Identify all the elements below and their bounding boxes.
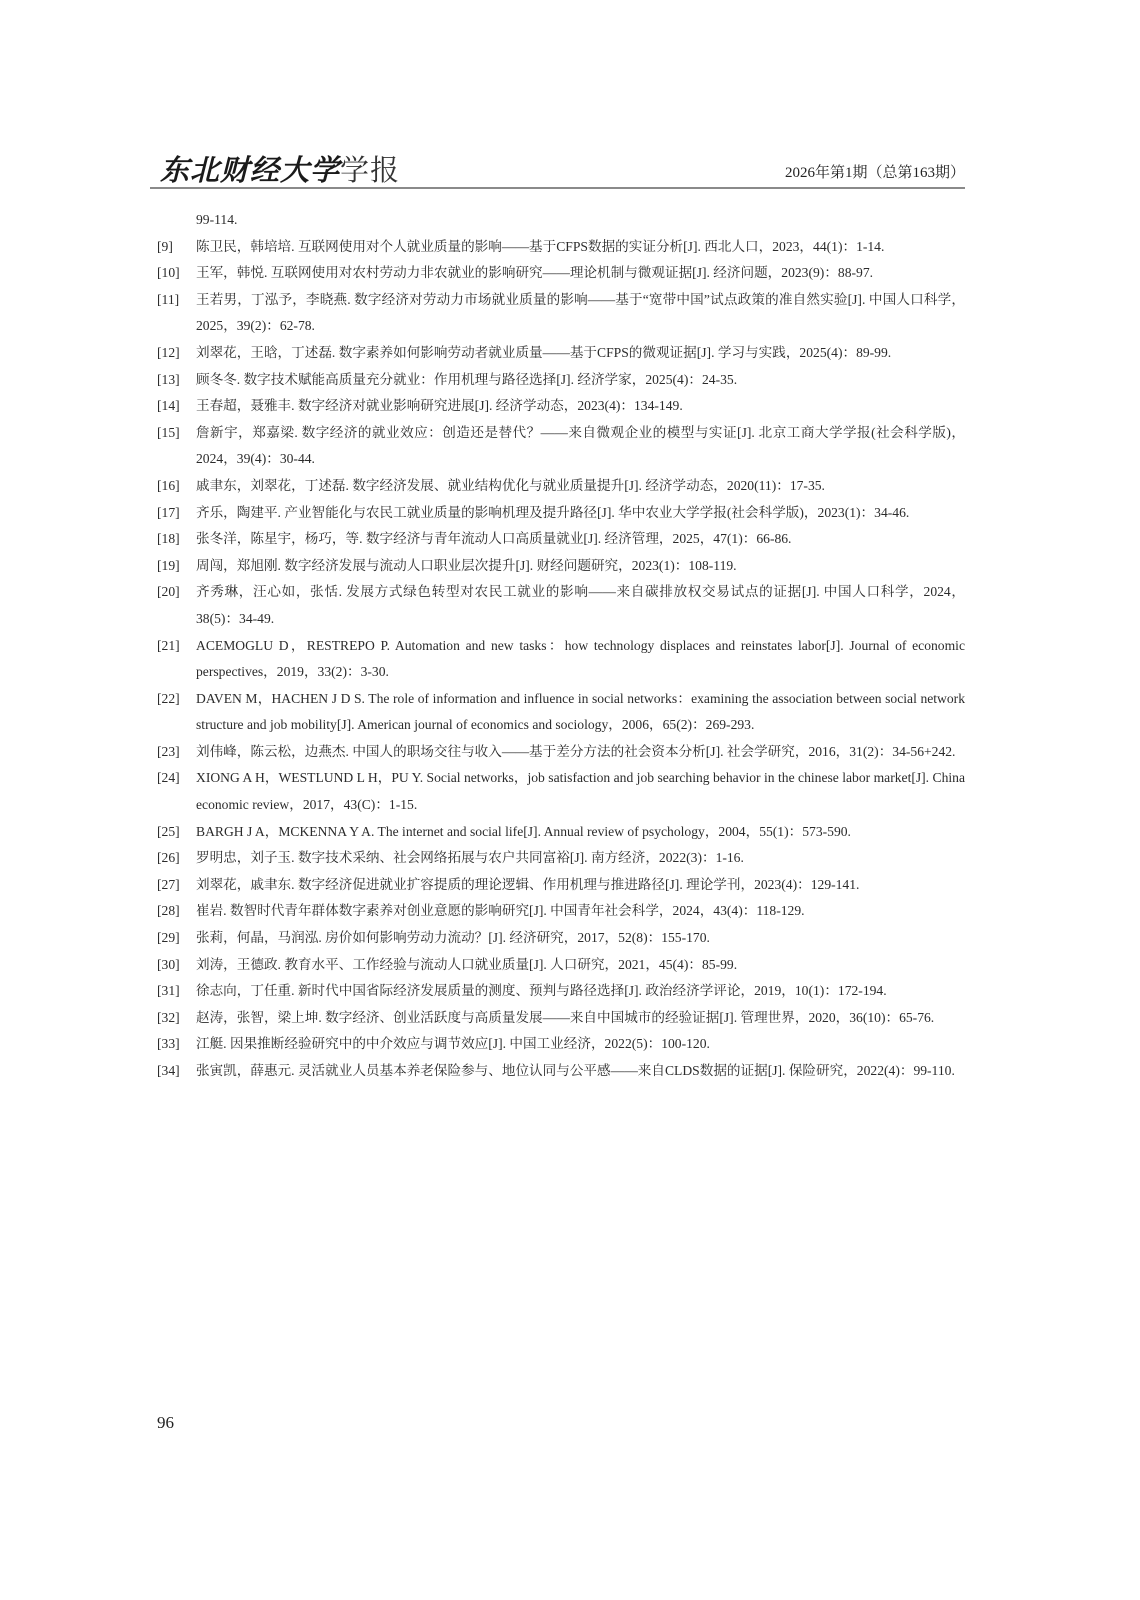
reference-item: [26]罗明忠，刘子玉. 数字技术采纳、社会网络拓展与农户共同富裕[J]. 南方… (157, 845, 965, 872)
reference-number: [34] (157, 1058, 180, 1085)
reference-number: [20] (157, 579, 180, 606)
reference-number: [33] (157, 1031, 180, 1058)
reference-number: [10] (157, 260, 180, 287)
reference-text: 齐乐，陶建平. 产业智能化与农民工就业质量的影响机理及提升路径[J]. 华中农业… (196, 505, 909, 520)
reference-number: [21] (157, 633, 180, 660)
reference-text: XIONG A H，WESTLUND L H，PU Y. Social netw… (196, 770, 965, 812)
reference-entries: [9]陈卫民，韩培培. 互联网使用对个人就业质量的影响——基于CFPS数据的实证… (157, 234, 965, 1085)
reference-text: 崔岩. 数智时代青年群体数字素养对创业意愿的影响研究[J]. 中国青年社会科学，… (196, 903, 805, 918)
reference-text: 詹新宇，郑嘉梁. 数字经济的就业效应：创造还是替代？——来自微观企业的模型与实证… (196, 425, 965, 467)
reference-number: [25] (157, 819, 180, 846)
reference-number: [15] (157, 420, 180, 447)
journal-title-calligraphy: 东北财经大学 (160, 153, 340, 187)
reference-item: [19]周闯，郑旭刚. 数字经济发展与流动人口职业层次提升[J]. 财经问题研究… (157, 553, 965, 580)
reference-text: 张冬洋，陈星宇，杨巧，等. 数字经济与青年流动人口高质量就业[J]. 经济管理，… (196, 531, 791, 546)
reference-text: 赵涛，张智，梁上坤. 数字经济、创业活跃度与高质量发展——来自中国城市的经验证据… (196, 1010, 934, 1025)
reference-text: DAVEN M，HACHEN J D S. The role of inform… (196, 691, 965, 733)
reference-text: 刘翠花，王晗，丁述磊. 数字素养如何影响劳动者就业质量——基于CFPS的微观证据… (196, 345, 891, 360)
reference-text: 罗明忠，刘子玉. 数字技术采纳、社会网络拓展与农户共同富裕[J]. 南方经济，2… (196, 850, 744, 865)
reference-item: [25]BARGH J A，MCKENNA Y A. The internet … (157, 819, 965, 846)
running-header: 东北财经大学学报 2026年第1期（总第163期） (150, 148, 965, 188)
reference-text: 陈卫民，韩培培. 互联网使用对个人就业质量的影响——基于CFPS数据的实证分析[… (196, 239, 884, 254)
reference-text: 顾冬冬. 数字技术赋能高质量充分就业：作用机理与路径选择[J]. 经济学家，20… (196, 372, 737, 387)
reference-item: [34]张寅凯，薛惠元. 灵活就业人员基本养老保险参与、地位认同与公平感——来自… (157, 1058, 965, 1085)
reference-item: [22]DAVEN M，HACHEN J D S. The role of in… (157, 686, 965, 739)
reference-number: [30] (157, 952, 180, 979)
reference-text: 张莉，何晶，马润泓. 房价如何影响劳动力流动？[J]. 经济研究，2017，52… (196, 930, 710, 945)
reference-item: [13]顾冬冬. 数字技术赋能高质量充分就业：作用机理与路径选择[J]. 经济学… (157, 367, 965, 394)
reference-item: [27]刘翠花，戚聿东. 数字经济促进就业扩容提质的理论逻辑、作用机理与推进路径… (157, 872, 965, 899)
reference-item: [28]崔岩. 数智时代青年群体数字素养对创业意愿的影响研究[J]. 中国青年社… (157, 898, 965, 925)
reference-number: [31] (157, 978, 180, 1005)
reference-text: 刘伟峰，陈云松，边燕杰. 中国人的职场交往与收入——基于差分方法的社会资本分析[… (196, 744, 955, 759)
header-rule (150, 187, 965, 189)
reference-text: 周闯，郑旭刚. 数字经济发展与流动人口职业层次提升[J]. 财经问题研究，202… (196, 558, 737, 573)
reference-number: [17] (157, 500, 180, 527)
reference-number: [11] (157, 287, 179, 314)
reference-continuation: 99-114. (157, 207, 965, 234)
reference-number: [28] (157, 898, 180, 925)
reference-text: 戚聿东，刘翠花，丁述磊. 数字经济发展、就业结构优化与就业质量提升[J]. 经济… (196, 478, 825, 493)
reference-text: 齐秀琳，汪心如，张恬. 发展方式绿色转型对农民工就业的影响——来自碳排放权交易试… (196, 584, 965, 626)
reference-number: [32] (157, 1005, 180, 1032)
reference-number: [24] (157, 765, 180, 792)
reference-item: [24]XIONG A H，WESTLUND L H，PU Y. Social … (157, 765, 965, 818)
journal-title: 东北财经大学学报 (160, 148, 400, 189)
reference-text: 王若男，丁泓予，李晓燕. 数字经济对劳动力市场就业质量的影响——基于“宽带中国”… (196, 292, 965, 334)
reference-text: 王春超，聂雅丰. 数字经济对就业影响研究进展[J]. 经济学动态，2023(4)… (196, 398, 683, 413)
reference-item: [9]陈卫民，韩培培. 互联网使用对个人就业质量的影响——基于CFPS数据的实证… (157, 234, 965, 261)
reference-text: 王军，韩悦. 互联网使用对农村劳动力非农就业的影响研究——理论机制与微观证据[J… (196, 265, 873, 280)
reference-item: [16]戚聿东，刘翠花，丁述磊. 数字经济发展、就业结构优化与就业质量提升[J]… (157, 473, 965, 500)
reference-number: [9] (157, 234, 173, 261)
page-number: 96 (157, 1413, 174, 1433)
reference-text: ACEMOGLU D，RESTREPO P. Automation and ne… (196, 638, 965, 680)
reference-text: BARGH J A，MCKENNA Y A. The internet and … (196, 824, 851, 839)
reference-item: [11]王若男，丁泓予，李晓燕. 数字经济对劳动力市场就业质量的影响——基于“宽… (157, 287, 965, 340)
reference-text: 刘翠花，戚聿东. 数字经济促进就业扩容提质的理论逻辑、作用机理与推进路径[J].… (196, 877, 859, 892)
reference-item: [21]ACEMOGLU D，RESTREPO P. Automation an… (157, 633, 965, 686)
reference-number: [14] (157, 393, 180, 420)
reference-number: [18] (157, 526, 180, 553)
reference-list: 99-114. [9]陈卫民，韩培培. 互联网使用对个人就业质量的影响——基于C… (157, 207, 965, 1085)
reference-number: [29] (157, 925, 180, 952)
reference-item: [30]刘涛，王德政. 教育水平、工作经验与流动人口就业质量[J]. 人口研究，… (157, 952, 965, 979)
reference-text: 张寅凯，薛惠元. 灵活就业人员基本养老保险参与、地位认同与公平感——来自CLDS… (196, 1063, 955, 1078)
reference-number: [26] (157, 845, 180, 872)
reference-number: [22] (157, 686, 180, 713)
reference-number: [16] (157, 473, 180, 500)
reference-text: 刘涛，王德政. 教育水平、工作经验与流动人口就业质量[J]. 人口研究，2021… (196, 957, 737, 972)
reference-number: [12] (157, 340, 180, 367)
reference-item: [23]刘伟峰，陈云松，边燕杰. 中国人的职场交往与收入——基于差分方法的社会资… (157, 739, 965, 766)
reference-number: [27] (157, 872, 180, 899)
reference-item: [10]王军，韩悦. 互联网使用对农村劳动力非农就业的影响研究——理论机制与微观… (157, 260, 965, 287)
reference-item: [17]齐乐，陶建平. 产业智能化与农民工就业质量的影响机理及提升路径[J]. … (157, 500, 965, 527)
reference-text: 徐志向，丁任重. 新时代中国省际经济发展质量的测度、预判与路径选择[J]. 政治… (196, 983, 887, 998)
reference-item: [31]徐志向，丁任重. 新时代中国省际经济发展质量的测度、预判与路径选择[J]… (157, 978, 965, 1005)
reference-number: [19] (157, 553, 180, 580)
reference-item: [20]齐秀琳，汪心如，张恬. 发展方式绿色转型对农民工就业的影响——来自碳排放… (157, 579, 965, 632)
reference-item: [29]张莉，何晶，马润泓. 房价如何影响劳动力流动？[J]. 经济研究，201… (157, 925, 965, 952)
reference-item: [14]王春超，聂雅丰. 数字经济对就业影响研究进展[J]. 经济学动态，202… (157, 393, 965, 420)
reference-number: [23] (157, 739, 180, 766)
reference-item: [32]赵涛，张智，梁上坤. 数字经济、创业活跃度与高质量发展——来自中国城市的… (157, 1005, 965, 1032)
reference-number: [13] (157, 367, 180, 394)
reference-item: [15]詹新宇，郑嘉梁. 数字经济的就业效应：创造还是替代？——来自微观企业的模… (157, 420, 965, 473)
reference-text: 江艇. 因果推断经验研究中的中介效应与调节效应[J]. 中国工业经济，2022(… (196, 1036, 710, 1051)
reference-item: [33]江艇. 因果推断经验研究中的中介效应与调节效应[J]. 中国工业经济，2… (157, 1031, 965, 1058)
reference-item: [18]张冬洋，陈星宇，杨巧，等. 数字经济与青年流动人口高质量就业[J]. 经… (157, 526, 965, 553)
reference-item: [12]刘翠花，王晗，丁述磊. 数字素养如何影响劳动者就业质量——基于CFPS的… (157, 340, 965, 367)
issue-info: 2026年第1期（总第163期） (785, 161, 965, 182)
journal-title-plain: 学报 (340, 153, 400, 187)
